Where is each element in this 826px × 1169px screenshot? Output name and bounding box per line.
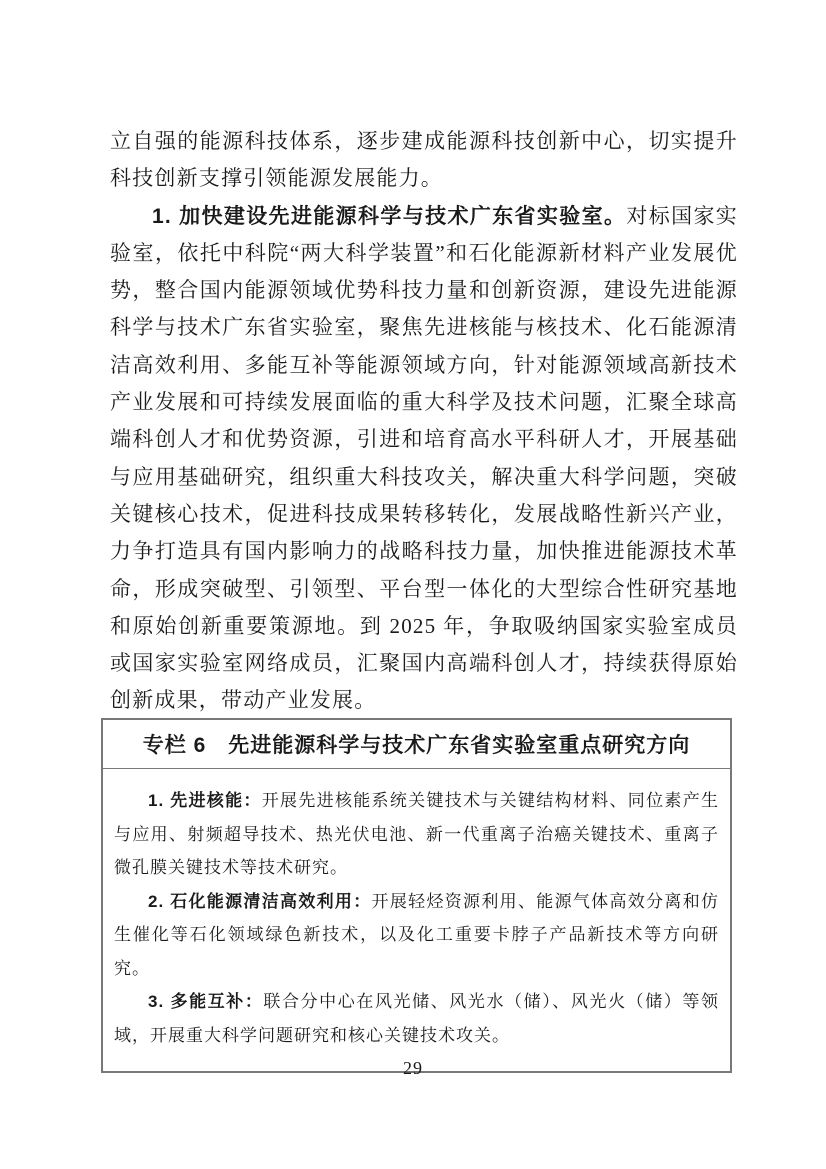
box-item: 3. 多能互补：联合分中心在风光储、风光水（储）、风光火（储）等领域，开展重大科…	[114, 985, 719, 1052]
document-page: 立自强的能源科技体系，逐步建成能源科技创新中心，切实提升科技创新支撑引领能源发展…	[0, 0, 826, 1169]
box-title: 专栏 6 先进能源科学与技术广东省实验室重点研究方向	[103, 720, 730, 769]
paragraph-text: 对标国家实验室，依托中科院“两大科学装置”和石化能源新材料产业发展优势，整合国内…	[110, 204, 738, 713]
page-number: 29	[0, 1058, 826, 1079]
paragraph-continuation: 立自强的能源科技体系，逐步建成能源科技创新中心，切实提升科技创新支撑引领能源发展…	[110, 123, 738, 198]
paragraph-text: 立自强的能源科技体系，逐步建成能源科技创新中心，切实提升科技创新支撑引领能源发展…	[110, 129, 738, 190]
box-item: 1. 先进核能：开展先进核能系统关键技术与关键结构材料、同位素产生与应用、射频超…	[114, 784, 719, 885]
paragraph-lead-bold: 1. 加快建设先进能源科学与技术广东省实验室。	[152, 205, 626, 228]
box-item-lead: 2. 石化能源清洁高效利用：	[148, 892, 372, 911]
document-body: 立自强的能源科技体系，逐步建成能源科技创新中心，切实提升科技创新支撑引领能源发展…	[110, 123, 738, 720]
box-item-lead: 3. 多能互补：	[148, 992, 263, 1011]
box-item-lead: 1. 先进核能：	[148, 791, 262, 810]
box-content: 1. 先进核能：开展先进核能系统关键技术与关键结构材料、同位素产生与应用、射频超…	[103, 769, 730, 1071]
highlight-box-column-6: 专栏 6 先进能源科学与技术广东省实验室重点研究方向 1. 先进核能：开展先进核…	[101, 718, 732, 1073]
paragraph-lab-construction: 1. 加快建设先进能源科学与技术广东省实验室。对标国家实验室，依托中科院“两大科…	[110, 198, 738, 720]
box-item: 2. 石化能源清洁高效利用：开展轻烃资源利用、能源气体高效分离和仿生催化等石化领…	[114, 885, 719, 986]
